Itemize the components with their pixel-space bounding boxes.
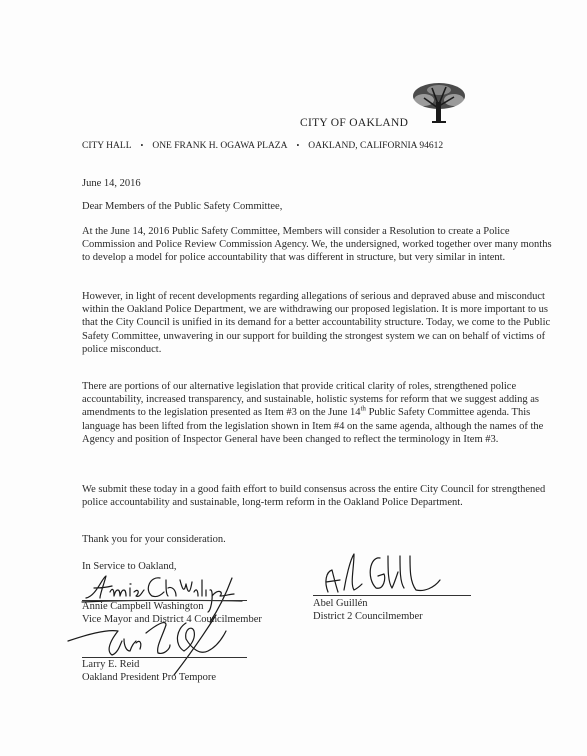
address-city-hall: CITY HALL bbox=[82, 141, 132, 151]
separator-bullet: • bbox=[296, 141, 299, 150]
signatory-name: Abel Guillén bbox=[313, 597, 423, 610]
salutation: Dear Members of the Public Safety Commit… bbox=[82, 201, 282, 212]
signatory-name: Larry E. Reid bbox=[82, 658, 216, 671]
city-name: CITY OF OAKLAND bbox=[300, 117, 408, 129]
paragraph-1: At the June 14, 2016 Public Safety Commi… bbox=[82, 225, 552, 265]
address-plaza: ONE FRANK H. OGAWA PLAZA bbox=[152, 141, 287, 151]
oak-tree-icon bbox=[410, 78, 468, 126]
separator-bullet: • bbox=[141, 141, 144, 150]
paragraph-3: There are portions of our alternative le… bbox=[82, 380, 552, 446]
signatory-name: Annie Campbell Washington bbox=[82, 600, 262, 613]
signature-line-guillen bbox=[313, 595, 471, 596]
signatory-title: District 2 Councilmember bbox=[313, 610, 423, 623]
thanks-line: Thank you for your consideration. bbox=[82, 534, 226, 545]
signature-guillen bbox=[320, 548, 470, 596]
letter-date: June 14, 2016 bbox=[82, 178, 141, 189]
address-city-state: OAKLAND, CALIFORNIA 94612 bbox=[308, 141, 443, 151]
letterhead-address: CITY HALL•ONE FRANK H. OGAWA PLAZA•OAKLA… bbox=[82, 141, 443, 151]
paragraph-2: However, in light of recent developments… bbox=[82, 290, 552, 356]
signatory-reid: Larry E. Reid Oakland President Pro Temp… bbox=[82, 658, 216, 684]
signatory-guillen: Abel Guillén District 2 Councilmember bbox=[313, 597, 423, 623]
paragraph-4: We submit these today in a good faith ef… bbox=[82, 483, 552, 509]
signatory-title: Oakland President Pro Tempore bbox=[82, 671, 216, 684]
